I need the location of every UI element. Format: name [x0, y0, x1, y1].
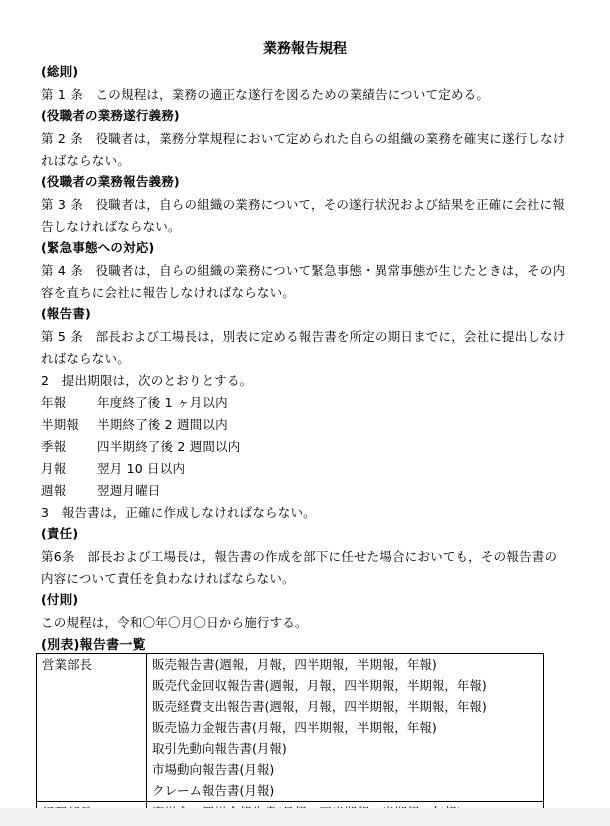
deadline-term: 年報: [41, 393, 97, 411]
deadline-row: 半期報半期終了後 2 週間以内: [41, 415, 228, 433]
report-item: 販売代金回収報告書(週報，月報，四半期報，半期報，年報): [152, 675, 543, 696]
dept-cell: 営業部長: [37, 654, 147, 802]
article-5-line-1: 第 5 条 部長および工場長は，別表に定める報告書を所定の期日までに，会社に提出…: [41, 327, 566, 345]
report-item: 市場動向報告書(月報): [152, 759, 543, 780]
deadline-term: 月報: [41, 459, 97, 477]
appendix-heading: (別表)報告書一覧: [41, 634, 146, 653]
supplementary-provision: この規程は，令和〇年〇月〇日から施行する。: [41, 613, 308, 631]
article-3-line-2: 告しなければならない。: [41, 217, 181, 235]
section-heading-report-duty: (役職者の業務報告義務): [41, 172, 180, 190]
report-list-table: 営業部長 販売報告書(週報，月報，四半期報，半期報，年報) 販売代金回収報告書(…: [36, 653, 544, 824]
report-item: 販売経費支出報告書(週報，月報，四半期報，半期報，年報): [152, 696, 543, 717]
dept-name: 営業部長: [42, 654, 146, 675]
article-2-line-2: ればならない。: [41, 151, 130, 169]
section-heading-duty: (役職者の業務遂行義務): [41, 106, 180, 124]
report-item: クレーム報告書(月報): [152, 780, 543, 801]
section-heading-responsibility: (責任): [41, 524, 78, 542]
article-1: 第 1 条 この規程は，業務の適正な遂行を図るための業績告について定める。: [41, 85, 489, 103]
article-6-line-1: 第6条 部長および工場長は，報告書の作成を部下に任せた場合においても，その報告書…: [41, 547, 557, 565]
table-row: 営業部長 販売報告書(週報，月報，四半期報，半期報，年報) 販売代金回収報告書(…: [37, 654, 544, 802]
article-5-clause-3: 3 報告書は，正確に作成しなければならない。: [41, 503, 316, 521]
section-heading-supplementary: (付則): [41, 590, 78, 608]
deadline-row: 週報翌週月曜日: [41, 481, 161, 499]
article-2-line-1: 第 2 条 役職者は，業務分掌規程において定められた自らの組織の業務を確実に遂行…: [41, 129, 566, 147]
report-item: 取引先動向報告書(月報): [152, 738, 543, 759]
section-heading-reports: (報告書): [41, 304, 91, 322]
deadline-value: 翌週月曜日: [97, 483, 161, 498]
deadline-value: 半期終了後 2 週間以内: [97, 417, 228, 432]
deadline-row: 季報四半期終了後 2 週間以内: [41, 437, 241, 455]
viewer-bottom-strip: [0, 808, 610, 826]
deadline-term: 半期報: [41, 415, 97, 433]
report-item: 販売協力金報告書(月報，四半期報，半期報，年報): [152, 717, 543, 738]
article-5-line-2: ればならない。: [41, 349, 130, 367]
deadline-row: 年報年度終了後 1 ヶ月以内: [41, 393, 228, 411]
deadline-value: 翌月 10 日以内: [97, 461, 185, 476]
document-page: 業務報告規程 (総則) 第 1 条 この規程は，業務の適正な遂行を図るための業績…: [0, 0, 610, 808]
article-5-clause-2: 2 提出期限は，次のとおりとする。: [41, 371, 252, 389]
deadline-term: 季報: [41, 437, 97, 455]
deadline-value: 年度終了後 1 ヶ月以内: [97, 395, 228, 410]
article-4-line-1: 第 4 条 役職者は，自らの組織の業務について緊急事態・異常事態が生じたときは，…: [41, 261, 565, 279]
deadline-term: 週報: [41, 481, 97, 499]
document-title: 業務報告規程: [0, 38, 610, 58]
section-heading-emergency: (緊急事態への対応): [41, 238, 154, 256]
reports-cell: 販売報告書(週報，月報，四半期報，半期報，年報) 販売代金回収報告書(週報，月報…: [147, 654, 544, 802]
article-6-line-2: 内容について責任を負わなければならない。: [41, 569, 295, 587]
deadline-row: 月報翌月 10 日以内: [41, 459, 185, 477]
section-heading-general: (総則): [41, 62, 78, 80]
deadline-value: 四半期終了後 2 週間以内: [97, 439, 241, 454]
article-3-line-1: 第 3 条 役職者は，自らの組織の業務について，その遂行状況および結果を正確に会…: [41, 195, 565, 213]
report-item: 販売報告書(週報，月報，四半期報，半期報，年報): [152, 654, 543, 675]
article-4-line-2: 容を直ちに会社に報告しなければならない。: [41, 283, 295, 301]
